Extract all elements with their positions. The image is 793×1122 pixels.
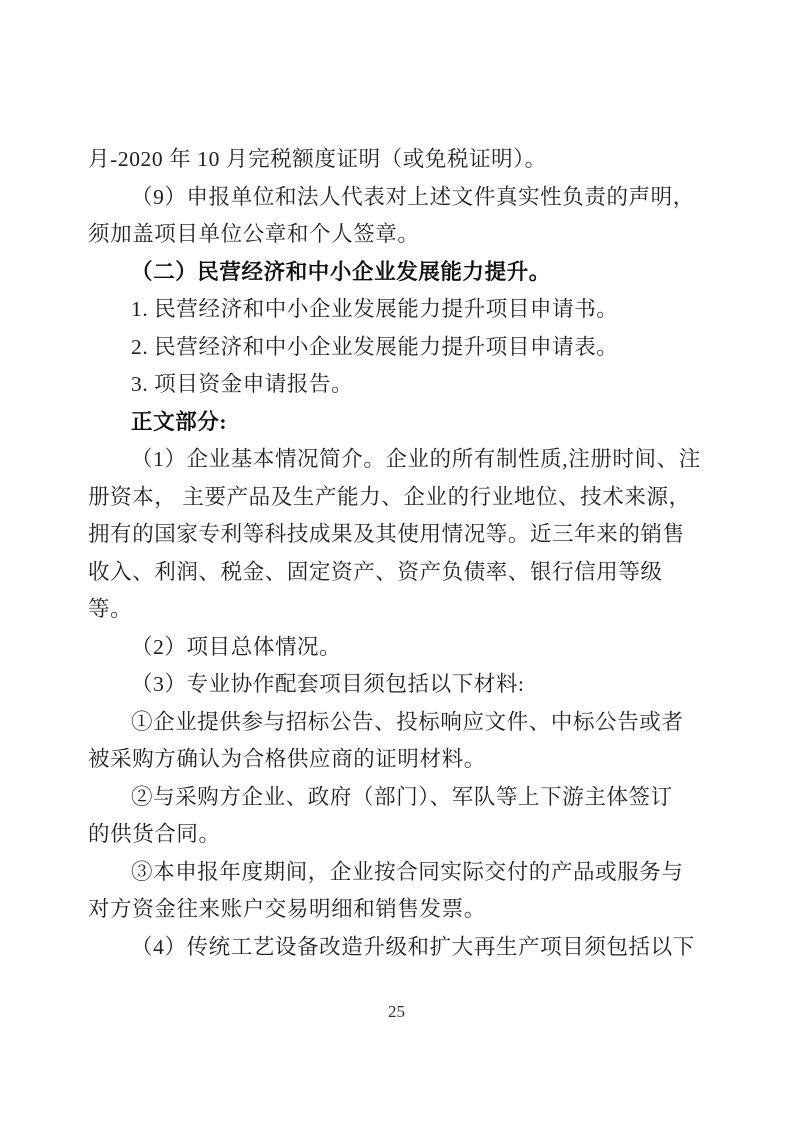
- page-number: 25: [0, 1002, 793, 1022]
- text-line: 收入、利润、税金、固定资产、资产负债率、银行信用等级: [88, 554, 720, 592]
- text-line: 3. 项目资金申请报告。: [88, 366, 720, 404]
- text-line: （1）企业基本情况简介。企业的所有制性质,注册时间、注: [88, 441, 720, 479]
- heading-line: 正文部分:: [88, 404, 720, 442]
- text-line: 册资本， 主要产品及生产能力、企业的行业地位、技术来源，: [88, 479, 720, 517]
- text-line: ③本申报年度期间，企业按合同实际交付的产品或服务与: [88, 854, 720, 892]
- text-line: （4）传统工艺设备改造升级和扩大再生产项目须包括以下: [88, 929, 720, 967]
- text-line: 对方资金往来账户交易明细和销售发票。: [88, 891, 720, 929]
- text-line: 等。: [88, 591, 720, 629]
- text-line: （3）专业协作配套项目须包括以下材料:: [88, 666, 720, 704]
- heading-line: （二）民营经济和中小企业发展能力提升。: [88, 254, 720, 292]
- text-line: 月-2020 年 10 月完税额度证明（或免税证明）。: [88, 141, 720, 179]
- text-line: 须加盖项目单位公章和个人签章。: [88, 216, 720, 254]
- text-line: ①企业提供参与招标公告、投标响应文件、中标公告或者: [88, 704, 720, 742]
- text-line: 被采购方确认为合格供应商的证明材料。: [88, 741, 720, 779]
- document-page: 月-2020 年 10 月完税额度证明（或免税证明）。（9）申报单位和法人代表对…: [0, 0, 793, 1122]
- text-line: 1. 民营经济和中小企业发展能力提升项目申请书。: [88, 291, 720, 329]
- text-line: ②与采购方企业、政府（部门）、军队等上下游主体签订: [88, 779, 720, 817]
- document-body: 月-2020 年 10 月完税额度证明（或免税证明）。（9）申报单位和法人代表对…: [88, 141, 720, 966]
- text-line: 拥有的国家专利等科技成果及其使用情况等。近三年来的销售: [88, 516, 720, 554]
- text-line: （2）项目总体情况。: [88, 629, 720, 667]
- text-line: （9）申报单位和法人代表对上述文件真实性负责的声明，: [88, 179, 720, 217]
- text-line: 的供货合同。: [88, 816, 720, 854]
- text-line: 2. 民营经济和中小企业发展能力提升项目申请表。: [88, 329, 720, 367]
